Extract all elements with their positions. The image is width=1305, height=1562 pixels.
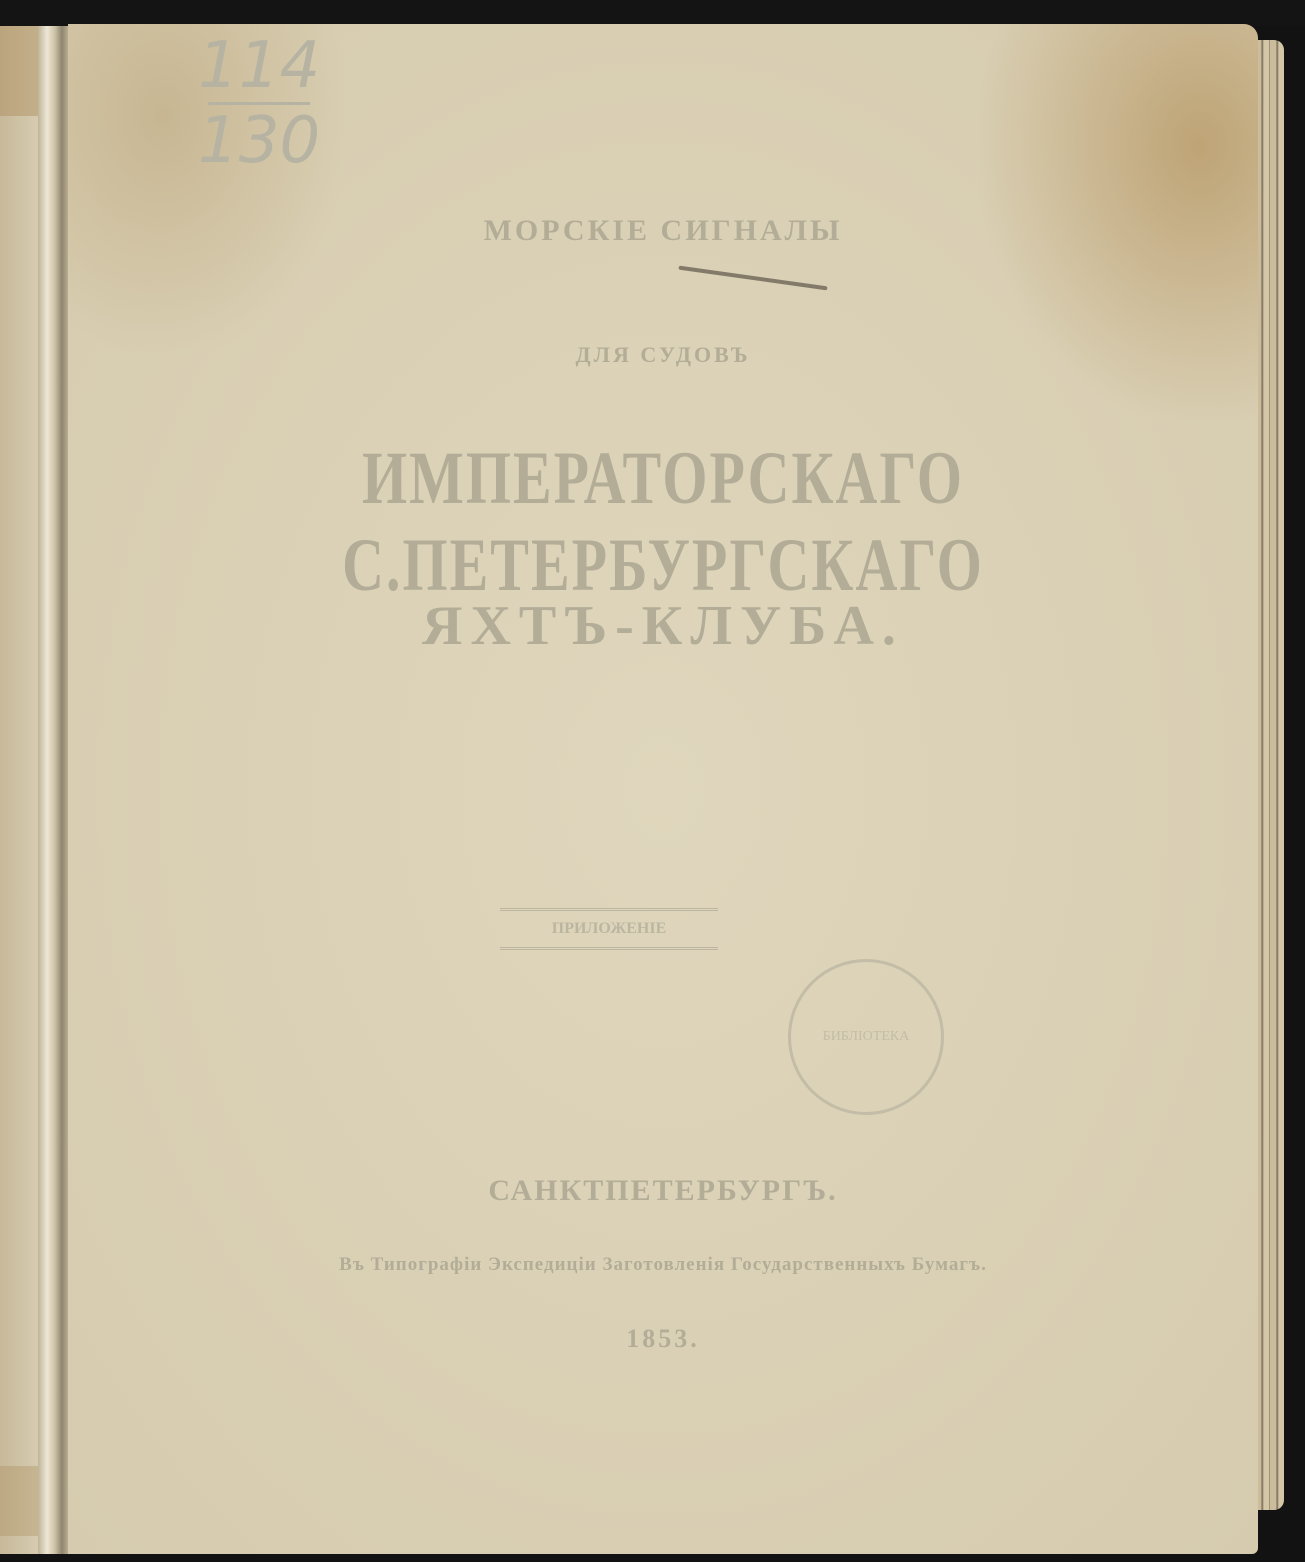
title-line-4: ЯХТЪ-КЛУБА. (68, 594, 1258, 658)
book-gutter (38, 26, 68, 1554)
scan-background (0, 0, 1305, 26)
title-line-2: ДЛЯ СУДОВЪ (68, 342, 1258, 368)
title-line-1: МОРСКІЕ СИГНАЛЫ (68, 214, 1258, 248)
imprint-city: САНКТПЕТЕРБУРГЪ. (68, 1174, 1258, 1208)
shelfmark-numerator: 114 (198, 34, 320, 98)
boxed-subtitle: ПРИЛОЖЕНІЕ (500, 908, 718, 950)
imprint-year: 1853. (68, 1324, 1258, 1354)
handwritten-shelfmark: 114 130 (198, 34, 320, 173)
title-line-3: ИМПЕРАТОРСКАГО С.ПЕТЕРБУРГСКАГО (68, 434, 1258, 608)
shelfmark-denominator: 130 (198, 109, 320, 173)
imprint-printer: Въ Типографіи Экспедиціи Заготовленія Го… (68, 1254, 1258, 1276)
ink-scratch (678, 266, 827, 291)
title-page: 114 130 МОРСКІЕ СИГНАЛЫ ДЛЯ СУДОВЪ ИМПЕР… (68, 24, 1258, 1554)
library-stamp: БИБЛІОТЕКА (788, 959, 944, 1115)
